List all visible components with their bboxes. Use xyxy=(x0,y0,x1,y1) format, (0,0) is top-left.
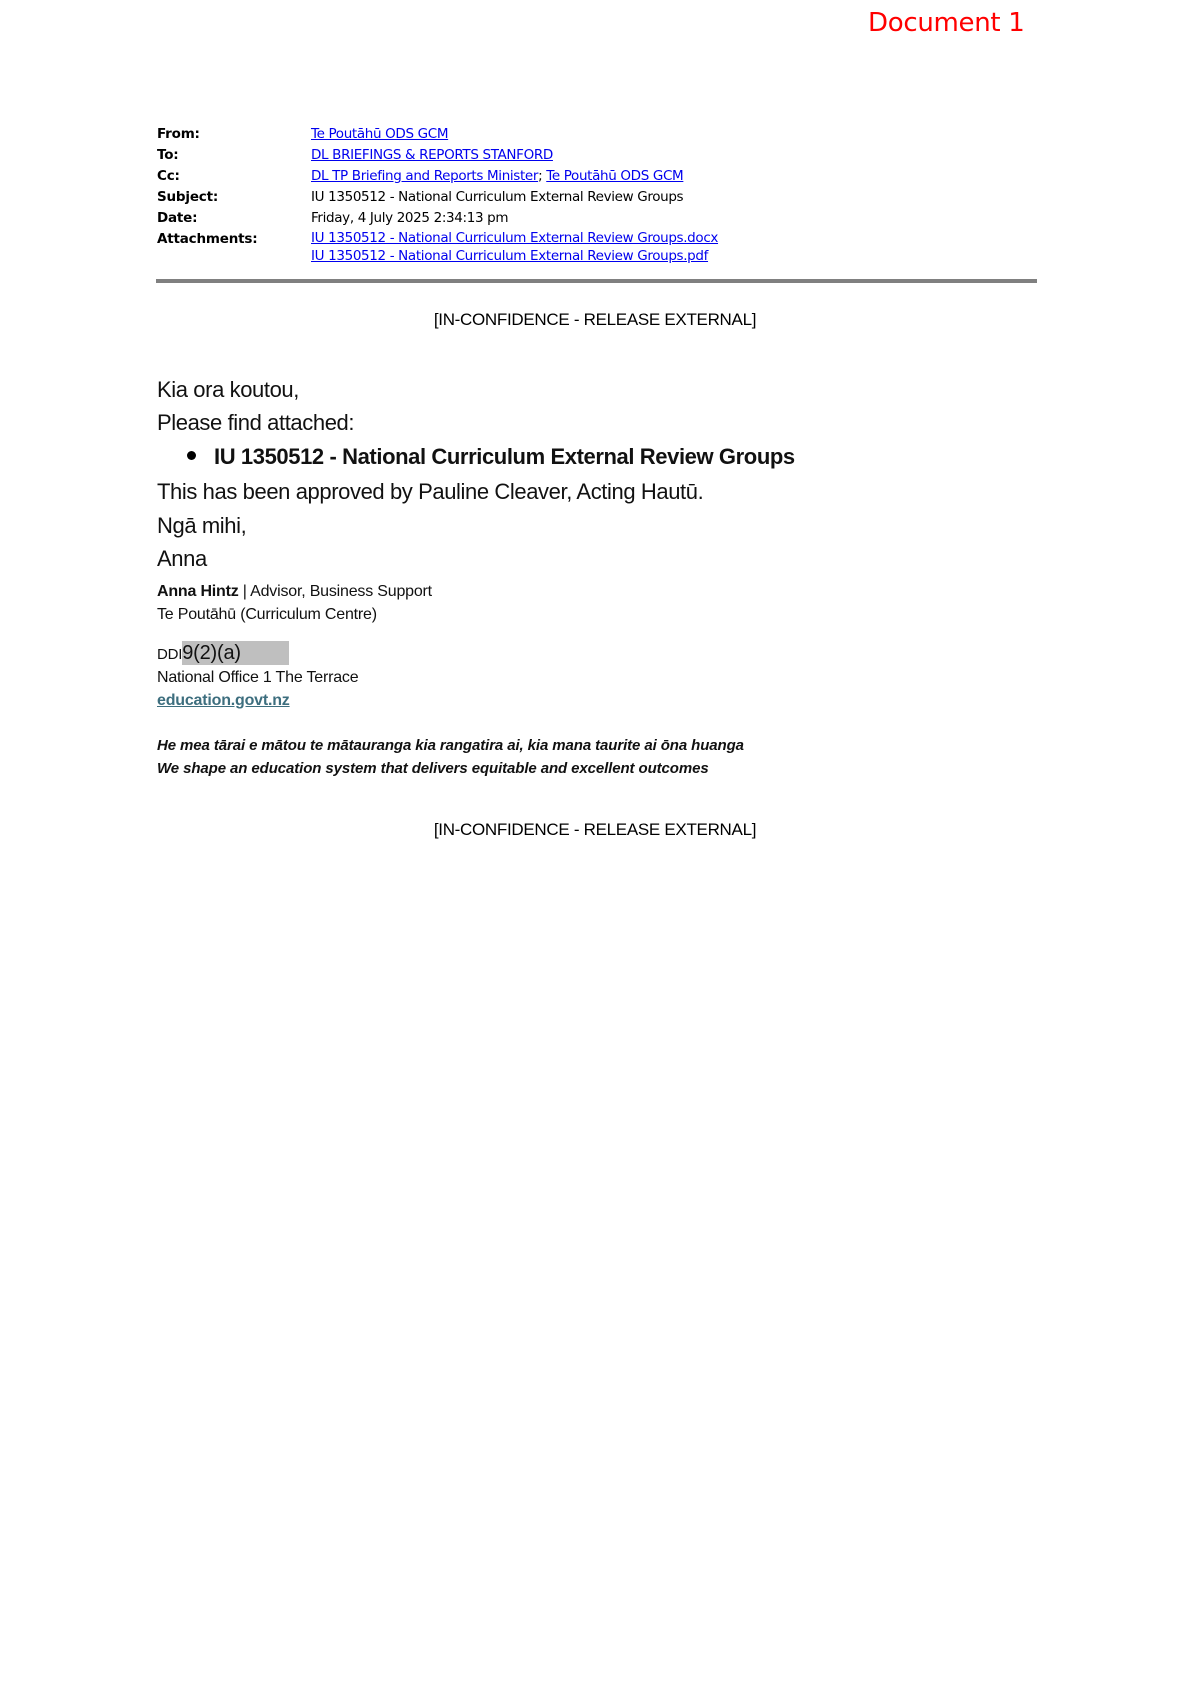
signature-ddi: DDI9(2)(a) xyxy=(157,643,289,667)
cc-link-1[interactable]: DL TP Briefing and Reports Minister xyxy=(311,168,538,184)
approval-text: This has been approved by Pauline Cleave… xyxy=(157,479,703,505)
closing-text: Ngā mihi, xyxy=(157,513,246,539)
subject-value: IU 1350512 - National Curriculum Externa… xyxy=(311,187,683,208)
classification-bottom: [IN-CONFIDENCE - RELEASE EXTERNAL] xyxy=(0,820,1190,840)
subject-label: Subject: xyxy=(157,187,218,208)
sender-first-name: Anna xyxy=(157,546,207,572)
to-label: To: xyxy=(157,145,179,166)
signature-separator: | xyxy=(239,583,251,600)
cc-separator: ; xyxy=(538,168,546,184)
from-link[interactable]: Te Poutāhū ODS GCM xyxy=(311,126,448,142)
website-link[interactable]: education.govt.nz xyxy=(157,692,290,710)
attachments-label: Attachments: xyxy=(157,229,257,250)
header-row-from: From: Te Poutāhū ODS GCM xyxy=(157,124,718,145)
tagline-english: We shape an education system that delive… xyxy=(157,760,709,777)
attachment-bullet-item: IU 1350512 - National Curriculum Externa… xyxy=(187,444,795,470)
intro-text: Please find attached: xyxy=(157,410,354,436)
signature-name: Anna Hintz xyxy=(157,583,239,600)
signature-unit: Te Poutāhū (Curriculum Centre) xyxy=(157,606,377,624)
signature-title: Advisor, Business Support xyxy=(250,583,432,600)
from-label: From: xyxy=(157,124,200,145)
cc-link-2[interactable]: Te Poutāhū ODS GCM xyxy=(546,168,683,184)
greeting: Kia ora koutou, xyxy=(157,377,299,403)
tagline-maori: He mea tārai e mātou te mātauranga kia r… xyxy=(157,737,744,754)
header-row-to: To: DL BRIEFINGS & REPORTS STANFORD xyxy=(157,145,718,166)
header-divider xyxy=(156,279,1037,283)
ddi-label: DDI xyxy=(157,646,182,663)
bullet-item-text: IU 1350512 - National Curriculum Externa… xyxy=(214,444,795,469)
header-row-attachments: Attachments: IU 1350512 - National Curri… xyxy=(157,229,718,265)
email-header: From: Te Poutāhū ODS GCM To: DL BRIEFING… xyxy=(157,124,718,265)
bullet-icon xyxy=(187,451,196,460)
classification-top: [IN-CONFIDENCE - RELEASE EXTERNAL] xyxy=(0,310,1190,330)
header-row-cc: Cc: DL TP Briefing and Reports Minister;… xyxy=(157,166,718,187)
signature-name-title: Anna Hintz | Advisor, Business Support xyxy=(157,583,432,601)
document-number-tag: Document 1 xyxy=(868,8,1025,38)
header-row-subject: Subject: IU 1350512 - National Curriculu… xyxy=(157,187,718,208)
signature-office: National Office 1 The Terrace xyxy=(157,669,358,687)
date-value: Friday, 4 July 2025 2:34:13 pm xyxy=(311,208,508,229)
attachment-docx-link[interactable]: IU 1350512 - National Curriculum Externa… xyxy=(311,229,718,247)
attachment-pdf-link[interactable]: IU 1350512 - National Curriculum Externa… xyxy=(311,247,718,265)
header-row-date: Date: Friday, 4 July 2025 2:34:13 pm xyxy=(157,208,718,229)
ddi-redaction: 9(2)(a) xyxy=(182,641,289,665)
cc-label: Cc: xyxy=(157,166,180,187)
date-label: Date: xyxy=(157,208,197,229)
to-link[interactable]: DL BRIEFINGS & REPORTS STANFORD xyxy=(311,147,553,163)
